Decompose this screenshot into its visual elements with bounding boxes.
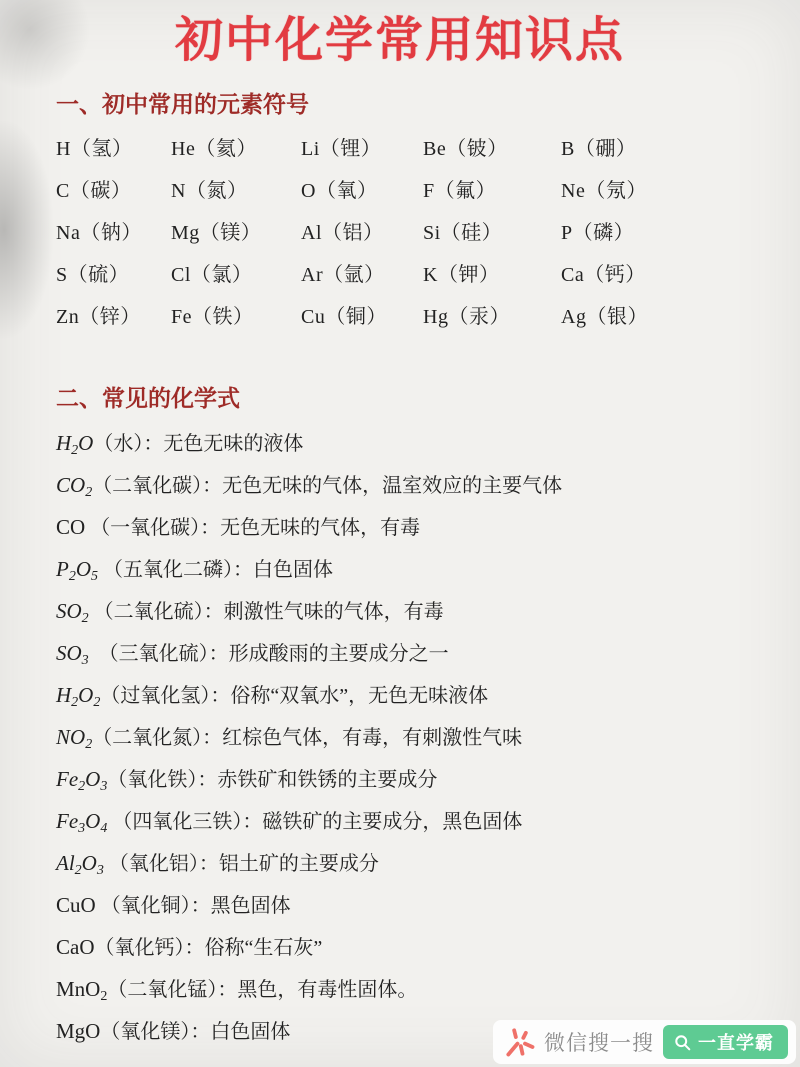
formula-item: CuO （氧化铜）：黑色固体 [56, 884, 800, 926]
element-cell: Ar（氩） [301, 254, 423, 296]
formula-item: NO2（二氧化氮）：红棕色气体，有毒，有刺激性气味 [56, 716, 800, 758]
element-cell: Fe（铁） [171, 296, 301, 338]
element-cell: B（硼） [561, 128, 800, 170]
element-cell: Cu（铜） [301, 296, 423, 338]
formula-description: （二氧化硫）：刺激性气味的气体，有毒 [89, 601, 444, 623]
chemical-formula: NO2 [56, 725, 92, 749]
element-cell: O（氧） [301, 170, 423, 212]
element-cell: Na（钠） [56, 212, 171, 254]
formula-description: （氧化铁）：赤铁矿和铁锈的主要成分 [107, 769, 437, 791]
wechat-search-watermark: 微信搜一搜 一直学霸 [493, 1020, 796, 1064]
formula-item: Al2O3 （氧化铝）：铝土矿的主要成分 [56, 842, 800, 884]
section2-heading: 二、常见的化学式 [56, 384, 800, 414]
element-cell: H（氢） [56, 128, 171, 170]
element-cell: Ca（钙） [561, 254, 800, 296]
element-symbol-table: H（氢） He（氦） Li（锂） Be（铍） B（硼） C（碳） N（氮） O（… [56, 128, 800, 338]
chemical-formula-list: H2O（水）：无色无味的液体 CO2（二氧化碳）：无色无味的气体，温室效应的主要… [0, 422, 800, 1052]
formula-description: （氧化铜）：黑色固体 [96, 895, 291, 917]
element-cell: Ag（银） [561, 296, 800, 338]
formula-item: CO （一氧化碳）：无色无味的气体，有毒 [56, 506, 800, 548]
formula-item: SO3 （三氧化硫）：形成酸雨的主要成分之一 [56, 632, 800, 674]
element-cell: Al（铝） [301, 212, 423, 254]
section1-heading: 一、初中常用的元素符号 [56, 90, 800, 120]
chemical-formula: CuO [56, 893, 96, 917]
formula-description: （一氧化碳）：无色无味的气体，有毒 [85, 517, 420, 539]
chemical-formula: Al2O3 [56, 851, 104, 875]
element-cell: C（碳） [56, 170, 171, 212]
chemical-formula: Fe3O4 [56, 809, 107, 833]
formula-description: （二氧化氮）：红棕色气体，有毒，有刺激性气味 [92, 727, 522, 749]
element-cell: F（氟） [423, 170, 561, 212]
element-cell: Ne（氖） [561, 170, 800, 212]
element-cell: Zn（锌） [56, 296, 171, 338]
chemical-formula: MgO [56, 1019, 100, 1043]
watermark-label: 微信搜一搜 [544, 1027, 654, 1057]
chemical-formula: CO2 [56, 473, 92, 497]
formula-item: CaO（氧化钙）：俗称“生石灰” [56, 926, 800, 968]
formula-item: CO2（二氧化碳）：无色无味的气体，温室效应的主要气体 [56, 464, 800, 506]
formula-description: （水）：无色无味的液体 [93, 433, 303, 455]
chemical-formula: CO [56, 515, 85, 539]
formula-item: Fe3O4 （四氧化三铁）：磁铁矿的主要成分，黑色固体 [56, 800, 800, 842]
chemical-formula: H2O [56, 431, 93, 455]
element-cell: Hg（汞） [423, 296, 561, 338]
formula-item: MnO2（二氧化锰）：黑色，有毒性固体。 [56, 968, 800, 1010]
element-cell: Li（锂） [301, 128, 423, 170]
formula-description: （二氧化锰）：黑色，有毒性固体。 [107, 979, 417, 1001]
element-cell: Mg（镁） [171, 212, 301, 254]
element-cell: Cl（氯） [171, 254, 301, 296]
wechat-search-logo-icon [505, 1027, 535, 1057]
formula-description: （三氧化硫）：形成酸雨的主要成分之一 [89, 643, 449, 665]
page-title: 初中化学常用知识点 [0, 0, 800, 70]
element-cell: S（硫） [56, 254, 171, 296]
formula-item: Fe2O3（氧化铁）：赤铁矿和铁锈的主要成分 [56, 758, 800, 800]
formula-description: （二氧化碳）：无色无味的气体，温室效应的主要气体 [92, 475, 562, 497]
chemical-formula: CaO [56, 935, 95, 959]
watermark-search-badge: 一直学霸 [663, 1025, 788, 1059]
magnifier-icon [674, 1034, 691, 1051]
chemical-formula: MnO2 [56, 977, 107, 1001]
element-cell: N（氮） [171, 170, 301, 212]
formula-description: （氧化钙）：俗称“生石灰” [95, 937, 323, 959]
element-cell: Si（硅） [423, 212, 561, 254]
formula-description: （氧化镁）：白色固体 [100, 1021, 290, 1043]
element-cell: K（钾） [423, 254, 561, 296]
formula-item: H2O（水）：无色无味的液体 [56, 422, 800, 464]
chemical-formula: P2O5 [56, 557, 98, 581]
chemical-formula: SO3 [56, 641, 89, 665]
chemical-formula: SO2 [56, 599, 89, 623]
formula-description: （氧化铝）：铝土矿的主要成分 [104, 853, 379, 875]
element-cell: P（磷） [561, 212, 800, 254]
document-page: 初中化学常用知识点 一、初中常用的元素符号 H（氢） He（氦） Li（锂） B… [0, 0, 800, 1067]
element-cell: He（氦） [171, 128, 301, 170]
formula-item: SO2 （二氧化硫）：刺激性气味的气体，有毒 [56, 590, 800, 632]
element-cell: Be（铍） [423, 128, 561, 170]
formula-item: P2O5 （五氧化二磷）：白色固体 [56, 548, 800, 590]
formula-description: （五氧化二磷）：白色固体 [98, 559, 333, 581]
formula-description: （四氧化三铁）：磁铁矿的主要成分，黑色固体 [107, 811, 522, 833]
chemical-formula: Fe2O3 [56, 767, 107, 791]
formula-item: H2O2（过氧化氢）：俗称“双氧水”，无色无味液体 [56, 674, 800, 716]
formula-description: （过氧化氢）：俗称“双氧水”，无色无味液体 [100, 685, 488, 707]
watermark-search-text: 一直学霸 [698, 1029, 774, 1055]
chemical-formula: H2O2 [56, 683, 100, 707]
